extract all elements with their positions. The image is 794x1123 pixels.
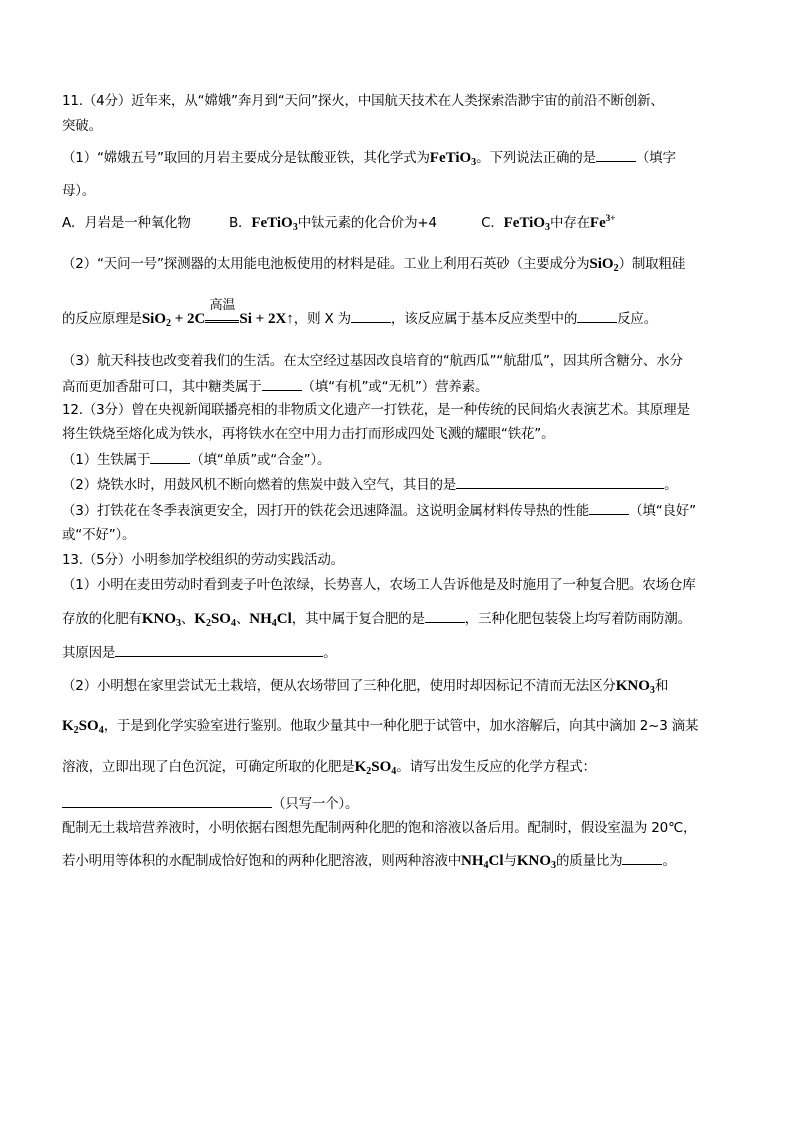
answer-blank-q13-reason[interactable] [115, 643, 323, 657]
q13-part2-line3: 溶液，立即出现了白色沉淀，可确定所取的化肥是K2SO4。请写出发生反应的化学方程… [62, 758, 596, 776]
q12-part2: （2）烧铁水时，用鼓风机不断向燃着的焦炭中鼓入空气，其目的是。 [62, 475, 677, 494]
answer-blank-q13-ratio[interactable] [622, 851, 662, 865]
answer-blank-q11-type[interactable] [577, 309, 617, 323]
q11-line2: 突破。 [62, 117, 102, 135]
q12-part3: （3）打铁花在冬季表演更安全，因打开的铁花会迅速降温。这说明金属材料传导热的性能… [62, 501, 696, 520]
gas-arrow-icon: ↑ [286, 311, 294, 327]
q13-part2-line2: K2SO4，于是到化学实验室进行鉴别。他取少量其中一种化肥于试管中，加水溶解后，… [62, 717, 698, 735]
answer-blank-q12-3[interactable] [589, 501, 629, 515]
q13-line1: 13.（5分）小明参加学校组织的劳动实践活动。 [62, 551, 344, 569]
answer-blank-q13-1[interactable] [425, 609, 465, 623]
q13-part1-line3: 其原因是。 [62, 643, 337, 662]
formula-nh4cl: NH4Cl [249, 611, 292, 627]
q11-part1-line2: 母）。 [62, 182, 95, 200]
q13-part3-line2: 若小明用等体积的水配制成恰好饱和的两种化肥溶液，则两种溶液中NH4Cl与KNO3… [62, 851, 676, 870]
q12-part3-line2: 或“不好”）。 [62, 526, 135, 544]
q13-part2-line1: （2）小明想在家里尝试无土栽培，便从农场带回了三种化肥，使用时却因标记不清而无法… [62, 677, 668, 695]
q13-part2-line4: （只写一个）。 [62, 794, 358, 813]
q13-part1-line2: 存放的化肥有KNO3、K2SO4、NH4Cl，其中属于复合肥的是，三种化肥包装袋… [62, 609, 691, 628]
option-a: A．月岩是一种氧化物 [62, 215, 191, 231]
answer-blank-q12-2[interactable] [456, 475, 664, 489]
answer-blank-q12-1[interactable] [150, 450, 190, 464]
q12-line1: 12.（3分）曾在央视新闻联播亮相的非物质文化遗产一打铁花，是一种传统的民间焰火… [62, 401, 690, 419]
formula-fetio3: FeTiO3 [430, 150, 476, 166]
q12-line2: 将生铁烧至熔化成为铁水，再将铁水在空中用力击打而形成四处飞溅的耀眼“铁花”。 [62, 425, 554, 443]
q11-options: A．月岩是一种氧化物 B．FeTiO3中钛元素的化合价为+4 C．FeTiO3中… [62, 214, 615, 232]
q11-line1: 11.（4分）近年来，从“嫦娥”奔月到“天问”探火，中国航天技术在人类探索浩渺宇… [62, 92, 664, 110]
q13-part1-line1: （1）小明在麦田劳动时看到麦子叶色浓绿，长势喜人，农场工人告诉他是及时施用了一种… [62, 576, 696, 594]
answer-blank-q11-3[interactable] [262, 377, 302, 391]
option-c: C．FeTiO3中存在Fe3+ [481, 215, 615, 231]
answer-blank-q13-equation[interactable] [62, 794, 272, 808]
q11-part3-line1: （3）航天科技也改变着我们的生活。在太空经过基因改良培育的“航西瓜”“航甜瓜”，… [62, 352, 683, 370]
q11-part2-line2: 的反应原理是SiO2 + 2C高温Si + 2X↑，则 X 为，该反应属于基本反… [62, 309, 657, 328]
q11-part2: （2）“天问一号”探测器的太用能电池板使用的材料是硅。工业上利用石英砂（主要成分… [62, 255, 685, 273]
exam-page: 11.（4分）近年来，从“嫦娥”奔月到“天问”探火，中国航天技术在人类探索浩渺宇… [0, 0, 794, 1123]
q11-part1: （1）“嫦娥五号”取回的月岩主要成分是钛酸亚铁，其化学式为FeTiO3。下列说法… [62, 148, 676, 167]
answer-blank-q11-1[interactable] [596, 148, 636, 162]
q12-part1: （1）生铁属于（填“单质”或“合金”）。 [62, 450, 330, 469]
reaction-equation: SiO2 + 2C [142, 311, 206, 327]
formula-sio2: SiO2 [589, 256, 618, 272]
option-b: B．FeTiO3中钛元素的化合价为+4 [229, 215, 437, 231]
formula-kno3: KNO3 [142, 611, 181, 627]
formula-k2so4: K2SO4 [194, 611, 236, 627]
q11-p1-text: （1）“嫦娥五号”取回的月岩主要成分是钛酸亚铁，其化学式为 [62, 150, 430, 166]
q13-part3-line1: 配制无土栽培营养液时，小明依据右图想先配制两种化肥的饱和溶液以备后用。配制时，假… [62, 819, 696, 837]
reaction-condition: 高温 [205, 314, 239, 323]
q11-part3-line2: 高而更加香甜可口，其中糖类属于（填“有机”或“无机”）营养素。 [62, 377, 488, 396]
answer-blank-q11-x[interactable] [351, 309, 391, 323]
